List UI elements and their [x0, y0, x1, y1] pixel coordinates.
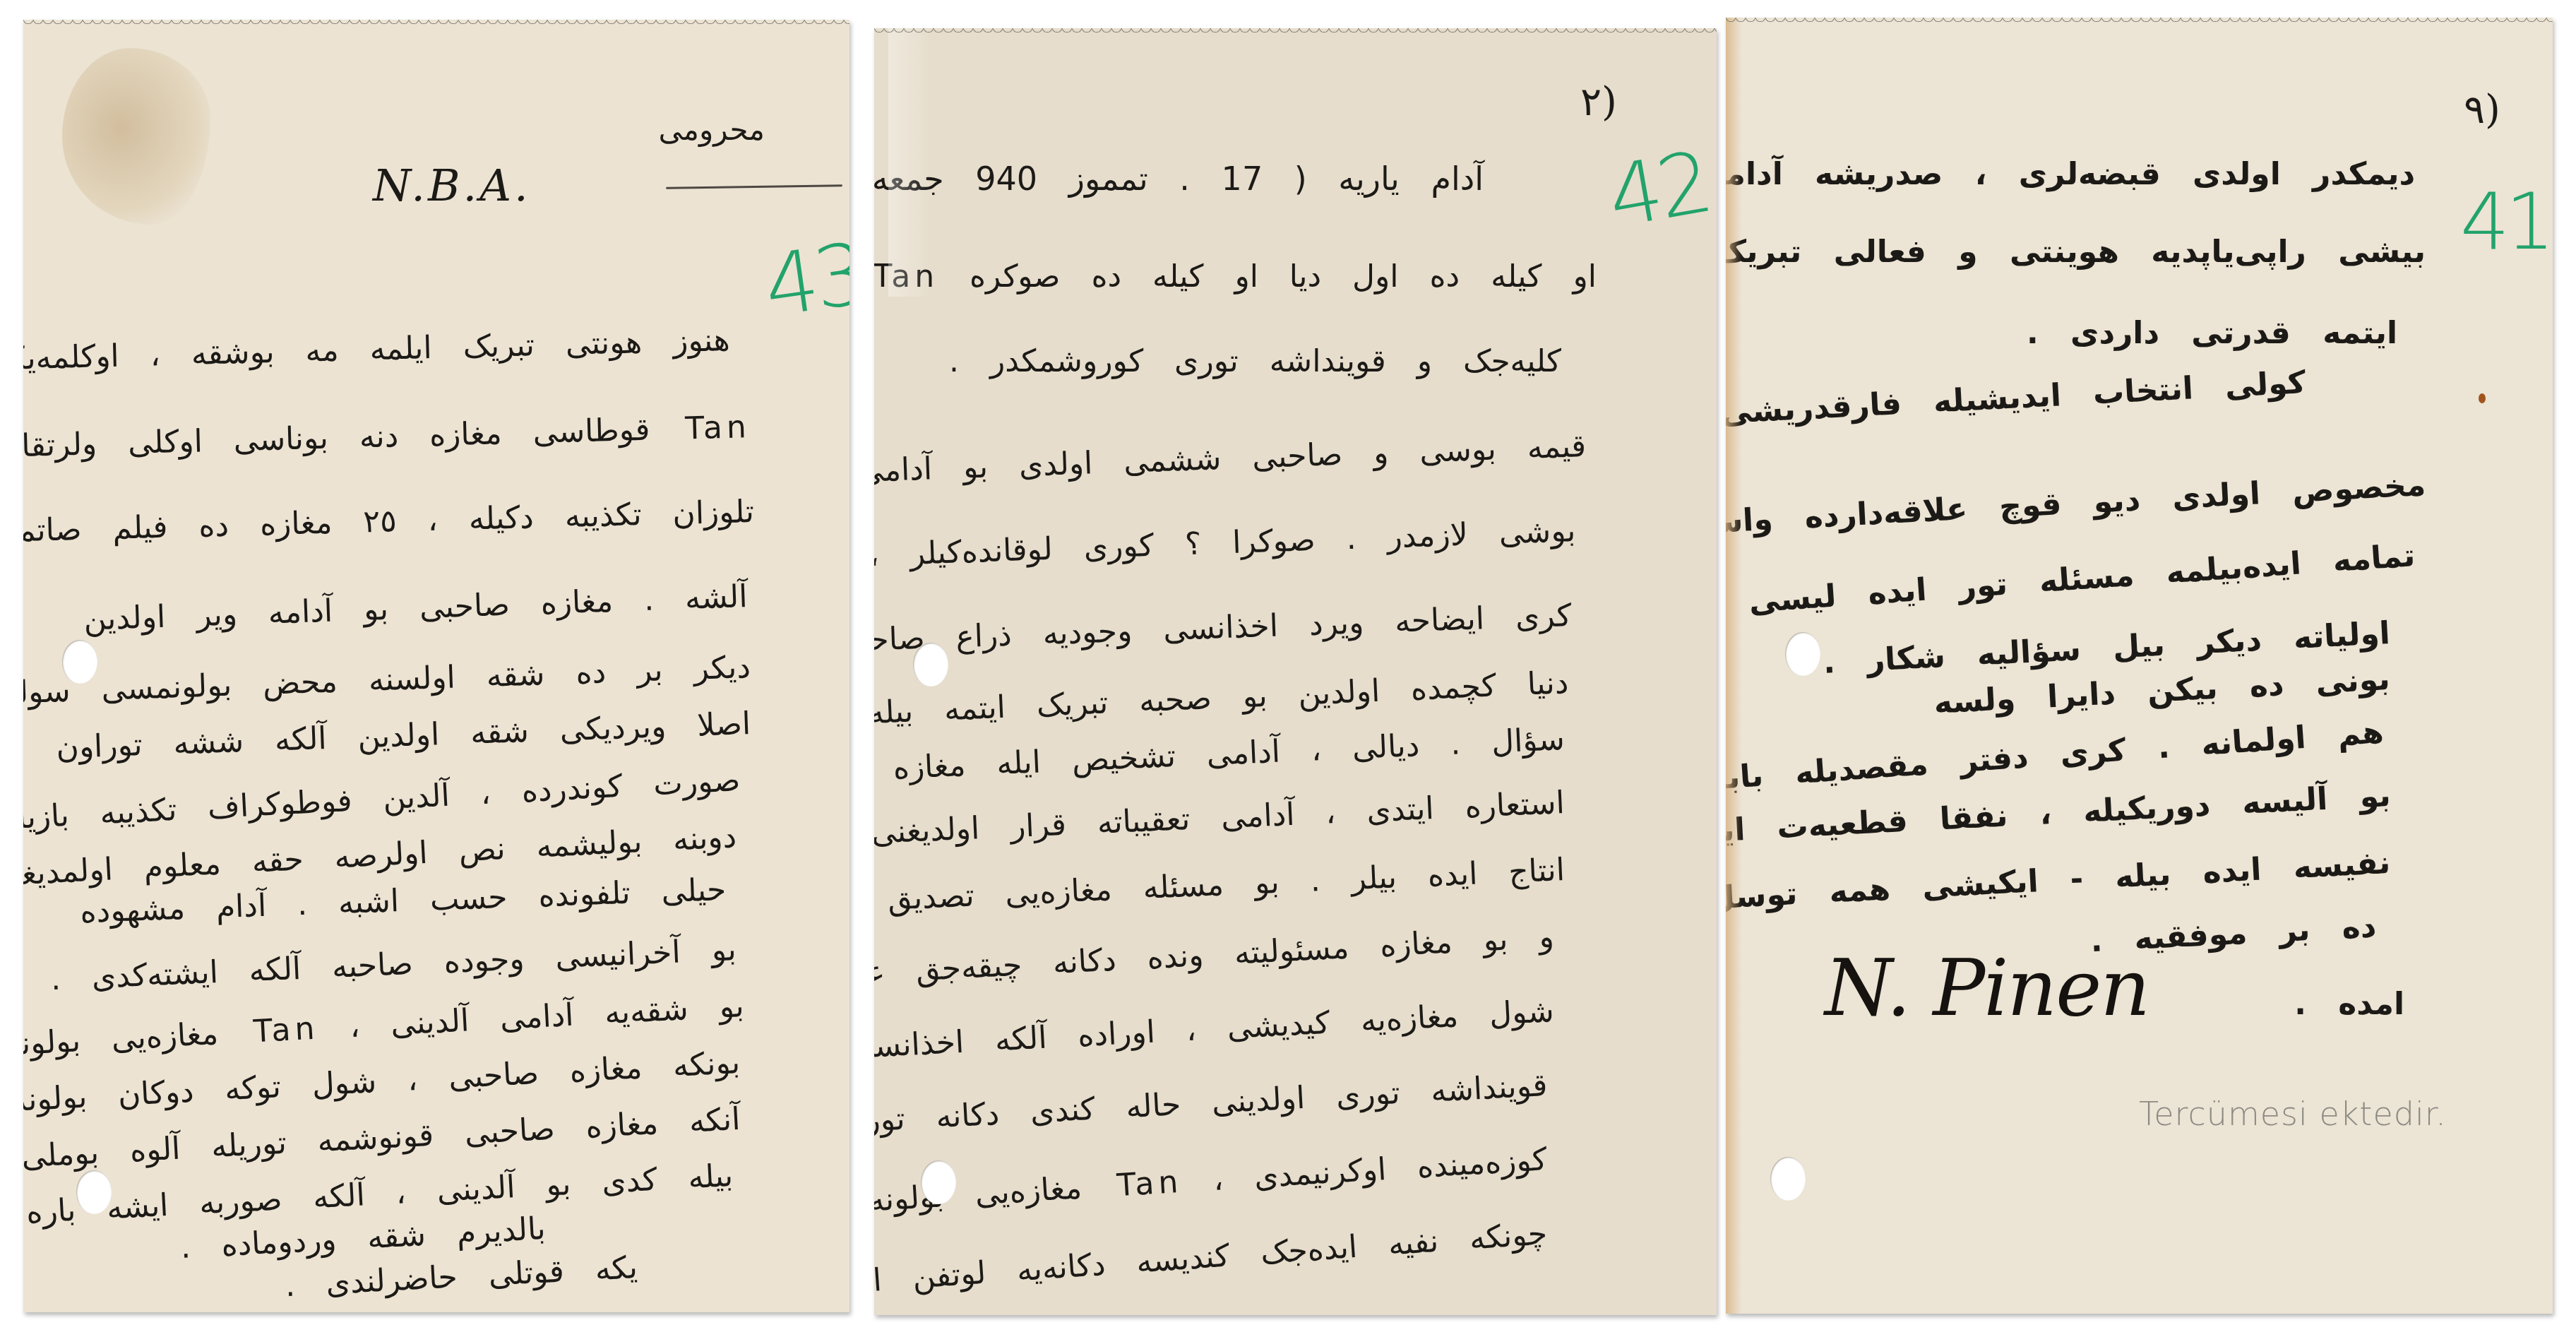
paper-discoloration — [888, 28, 931, 297]
header-name: محرومى — [658, 115, 765, 145]
letter-line: بونی ده بیکن دایرا ولسه — [1933, 664, 2391, 719]
letter-line: ایتمه قدرتی داردی . — [2027, 318, 2397, 349]
letter-line: سؤال . دیالی ، آدامی تشخیص ایله مغازه صا… — [874, 724, 1566, 790]
letter-line: کوزه‌مینده اوکرنیمدی ، Tan مغازه‌یی بولو… — [874, 1144, 1548, 1219]
punch-hole — [913, 643, 948, 687]
page-marker: ٢) — [1580, 79, 1617, 125]
letter-line: بیشی راپی‌یاپدیه هوینتی و فعالی تبریک ای… — [1726, 237, 2426, 268]
letter-page-1: N.B.A. محرومى 43 هنوز هونتی تبریک ایلمه … — [23, 20, 849, 1312]
letter-line: کولی انتخاب ایدیشیله فارقدریشی — [1726, 367, 2306, 429]
letter-line: و بو مغازه مسئولیته ونده دکانه چیقه‌جق ع… — [874, 922, 1555, 993]
punch-hole — [1770, 1157, 1806, 1201]
letter-line: دنیا کچمده اولدین بو صحبه تبریک ایتمه بی… — [874, 667, 1569, 734]
page-marker: ٩) — [2464, 87, 2500, 133]
letter-line: آلشه . مغازه صاحبی بو آدامه ویر اولدین — [83, 581, 747, 636]
letter-line: بو آخرانیسی وجوده صاحبه آلکه ایشته‌کدی . — [50, 934, 737, 995]
folio-number: 43 — [758, 225, 849, 336]
punch-hole — [921, 1160, 956, 1204]
letter-line: امده . — [2294, 989, 2404, 1020]
letter-line: آدام یاریه ( 17 . تمموز 940 جمعه ایرتسی … — [874, 162, 1484, 195]
translation-note: Tercümesi ektedir. — [2139, 1095, 2447, 1133]
punch-hole — [1785, 632, 1820, 676]
letter-line: اصلا ویردیکی شقه اولدین آلکه ششه توراون — [56, 708, 751, 763]
folio-number: 42 — [1601, 133, 1716, 247]
letter-line: مخصوص اولدی دیو قوچ علاقه‌دارده واسطه‌او… — [1726, 470, 2426, 545]
letter-line: Tan قوطاسی مغازه دنه بوناسی اوکلی ولرتقا — [23, 412, 751, 462]
header-initials: N.B.A. — [373, 160, 531, 211]
letter-line: قیمه بوسی و صاحبی ششمی اولدی بو آدامی تش… — [874, 431, 1587, 499]
letter-line: بالدیرم شقه وردوماده . — [180, 1213, 547, 1264]
letter-line: او کیله ده اول دیا او کیله ده صوکره Tan … — [874, 261, 1597, 292]
letter-line: تلوزان تکذیبه دکیله ، ٢٥ مغازه ده فیلم ص… — [23, 497, 755, 547]
paper-stain — [62, 48, 210, 225]
letter-line: استعاره ایتدی ، آدامی تعقیباته قرار اولد… — [874, 788, 1566, 849]
header-underline — [666, 184, 842, 189]
letter-line: هنوز هونتی تبریک ایلمه مه بوشقه ، اوکلمه… — [23, 325, 730, 376]
paper-edge-stain — [1726, 18, 1741, 1314]
letter-line: قوینداشه توری اولدینی حاله کندی دکانه تو… — [874, 1070, 1548, 1139]
letter-line: بو آلیسه دوریکیله ، نفقا قطعیه‌ت ایده بی… — [1726, 780, 2391, 855]
folio-number: 41 — [2460, 177, 2551, 267]
punch-hole — [62, 640, 97, 684]
ink-spot — [2479, 393, 2486, 403]
letter-line: کری ایضاحه ویرد اخذانسی وجودیه ذراع صاحب… — [874, 600, 1573, 657]
letter-line: دیکر بر ده شقه اولسنه محض بولونمسی سولمش… — [23, 652, 751, 713]
letter-page-2: ٢) 42 آدام یاریه ( 17 . تمموز 940 جمعه ا… — [874, 28, 1717, 1315]
letter-line: یکه قوتلی حاضرلندی . — [285, 1252, 638, 1302]
letter-line: بیله کدی بو آلدینی ، آلکه صوربه ایشه بار… — [25, 1160, 734, 1228]
letter-line: شول مغازه‌یه کیدیشی ، اوراده آلکه اخذانس… — [874, 996, 1555, 1064]
perforated-edge-line — [23, 20, 849, 24]
letter-line: بوشی لازمدر . صوکرا ؟ کوری لوقانده‌کیلر … — [874, 516, 1576, 571]
punch-hole — [76, 1170, 112, 1214]
letter-line: دیمکدر اولدی قبضه‌لری ، صدریشه آدامی — [1726, 159, 2415, 190]
letter-line: کلیه‌جک و قوینداشه توری کوروشمکدر . — [949, 346, 1561, 377]
perforated-edge-line — [1726, 18, 2553, 22]
perforated-edge-line — [874, 28, 1717, 32]
signature: N. Pinen — [1825, 943, 2149, 1033]
letter-line: چونکه نفیه ایده‌جک کندیسه دکانه‌یه لوتفن… — [874, 1218, 1549, 1301]
letter-line: انتاج ایده بیلر . بو مسئله مغازه‌یی تصدی… — [874, 855, 1566, 920]
letter-page-3: ٩) 41 دیمکدر اولدی قبضه‌لری ، صدریشه آدا… — [1726, 18, 2553, 1314]
